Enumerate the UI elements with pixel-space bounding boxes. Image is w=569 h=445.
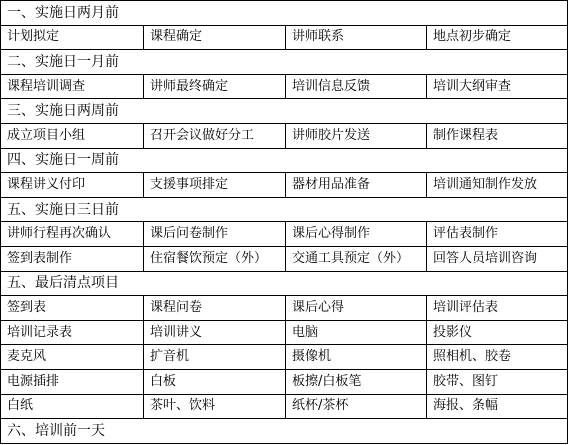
table-row: 电源插排 白板 板擦/白板笔 胶带、图钉 (1, 369, 568, 394)
checklist-cell: 白纸 (1, 394, 144, 419)
checklist-cell: 麦克风 (1, 345, 144, 370)
checklist-cell: 培训讲义 (144, 320, 286, 345)
checklist-cell: 培训评估表 (427, 296, 568, 321)
checklist-cell: 签到表 (1, 296, 144, 321)
task-cell: 课后问卷制作 (144, 222, 286, 247)
task-cell: 签到表制作 (1, 246, 144, 271)
task-cell: 制作课程表 (427, 123, 568, 148)
section-header-row: 六、培训前一天 (1, 419, 568, 444)
checklist-cell: 电源插排 (1, 369, 144, 394)
task-cell: 召开会议做好分工 (144, 123, 286, 148)
checklist-cell: 板擦/白板笔 (286, 369, 427, 394)
task-cell: 课程讲义付印 (1, 173, 144, 198)
checklist-cell: 白板 (144, 369, 286, 394)
table-row: 课程讲义付印 支援事项排定 器材用品准备 培训通知制作发放 (1, 173, 568, 198)
task-cell: 住宿餐饮预定（外） (144, 246, 286, 271)
section-title: 三、实施日两周前 (1, 99, 568, 124)
checklist-cell: 课程问卷 (144, 296, 286, 321)
task-cell: 培训通知制作发放 (427, 173, 568, 198)
task-cell: 讲师联系 (286, 25, 427, 50)
task-cell: 讲师行程再次确认 (1, 222, 144, 247)
task-cell: 培训信息反馈 (286, 74, 427, 99)
checklist-cell: 扩音机 (144, 345, 286, 370)
section-header-row: 四、实施日一周前 (1, 148, 568, 173)
checklist-cell: 照相机、胶卷 (427, 345, 568, 370)
section-title: 六、培训前一天 (1, 419, 568, 444)
table-row: 课程培训调查 讲师最终确定 培训信息反馈 培训大纲审查 (1, 74, 568, 99)
table-row: 白纸 茶叶、饮料 纸杯/茶杯 海报、条幅 (1, 394, 568, 419)
task-cell: 课后心得制作 (286, 222, 427, 247)
section-header-row: 一、实施日两月前 (1, 1, 568, 26)
checklist-cell: 海报、条幅 (427, 394, 568, 419)
training-schedule-table: 一、实施日两月前 计划拟定 课程确定 讲师联系 地点初步确定 二、实施日一月前 … (0, 0, 568, 444)
checklist-cell: 课后心得 (286, 296, 427, 321)
section-header-row: 三、实施日两周前 (1, 99, 568, 124)
section-title: 五、最后清点项目 (1, 271, 568, 296)
checklist-cell: 电脑 (286, 320, 427, 345)
table-row: 成立项目小组 召开会议做好分工 讲师胶片发送 制作课程表 (1, 123, 568, 148)
task-cell: 支援事项排定 (144, 173, 286, 198)
task-cell: 讲师胶片发送 (286, 123, 427, 148)
task-cell: 器材用品准备 (286, 173, 427, 198)
checklist-cell: 摄像机 (286, 345, 427, 370)
table-row: 麦克风 扩音机 摄像机 照相机、胶卷 (1, 345, 568, 370)
checklist-cell: 茶叶、饮料 (144, 394, 286, 419)
task-cell: 课程培训调查 (1, 74, 144, 99)
section-header-row: 五、实施日三日前 (1, 197, 568, 222)
task-cell: 交通工具预定（外） (286, 246, 427, 271)
checklist-cell: 纸杯/茶杯 (286, 394, 427, 419)
checklist-cell: 培训记录表 (1, 320, 144, 345)
table-row: 讲师行程再次确认 课后问卷制作 课后心得制作 评估表制作 (1, 222, 568, 247)
section-title: 二、实施日一月前 (1, 50, 568, 75)
table-row: 培训记录表 培训讲义 电脑 投影仪 (1, 320, 568, 345)
task-cell: 地点初步确定 (427, 25, 568, 50)
task-cell: 评估表制作 (427, 222, 568, 247)
task-cell: 计划拟定 (1, 25, 144, 50)
task-cell: 成立项目小组 (1, 123, 144, 148)
section-header-row: 二、实施日一月前 (1, 50, 568, 75)
task-cell: 讲师最终确定 (144, 74, 286, 99)
task-cell: 培训大纲审查 (427, 74, 568, 99)
section-title: 四、实施日一周前 (1, 148, 568, 173)
section-title: 一、实施日两月前 (1, 1, 568, 26)
checklist-cell: 胶带、图钉 (427, 369, 568, 394)
table-row: 签到表制作 住宿餐饮预定（外） 交通工具预定（外） 回答人员培训咨询 (1, 246, 568, 271)
task-cell: 课程确定 (144, 25, 286, 50)
section-header-row: 五、最后清点项目 (1, 271, 568, 296)
training-schedule-document: 一、实施日两月前 计划拟定 课程确定 讲师联系 地点初步确定 二、实施日一月前 … (0, 0, 567, 444)
section-title: 五、实施日三日前 (1, 197, 568, 222)
checklist-cell: 投影仪 (427, 320, 568, 345)
table-row: 签到表 课程问卷 课后心得 培训评估表 (1, 296, 568, 321)
table-row: 计划拟定 课程确定 讲师联系 地点初步确定 (1, 25, 568, 50)
task-cell: 回答人员培训咨询 (427, 246, 568, 271)
